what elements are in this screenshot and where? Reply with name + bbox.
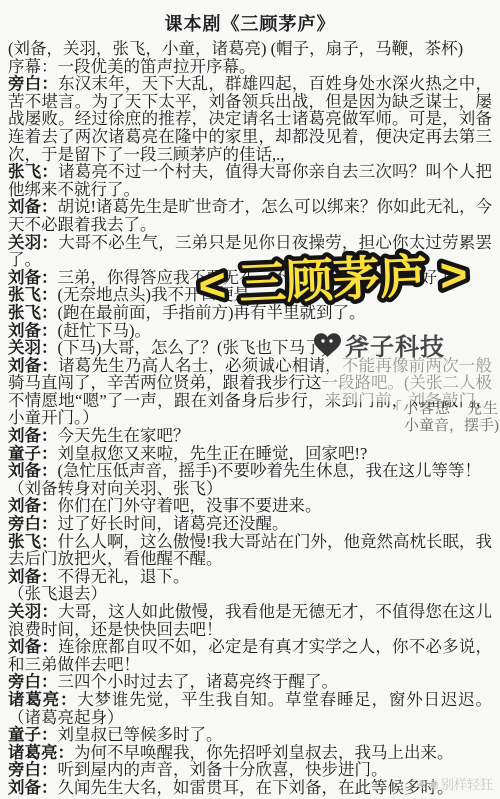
speaker-label: 刘备： <box>8 197 58 216</box>
script-line: 旁白：东汉末年，天下大乱，群雄四起，百姓身处水深火热之中，苦不堪言。为了天下太平… <box>8 75 492 163</box>
script-line: 诸葛亮：为何不早唤醒我，你先招呼刘皇叔去，我马上出来。 <box>8 744 492 762</box>
script-line: (刘备，关羽，张飞，小童，诸葛亮) (帽子，扇子，马鞭，茶杯) <box>8 40 492 58</box>
dialogue-text: (赶忙下马)。 <box>58 321 152 340</box>
dialogue-text: 过了好长时间，诸葛亮还没醒。 <box>58 514 289 533</box>
script-line: 刘备：你们在门外守着吧，没事不要进来。 <box>8 497 492 515</box>
dialogue-text: 听到屋内的声音，刘备十分欣喜，快步进门。 <box>58 760 388 779</box>
scanned-script-page: 课本剧《三顾茅庐》 (刘备，关羽，张飞，小童，诸葛亮) (帽子，扇子，马鞭，茶杯… <box>0 0 500 799</box>
speaker-label: 童子： <box>8 725 58 744</box>
speaker-label: 刘备： <box>8 426 58 445</box>
dialogue-text: 大哥不必生气，三弟只是见你日夜操劳，担心你太过劳累罢了。 <box>8 233 492 270</box>
script-line: 关羽：大哥不必生气，三弟只是见你日夜操劳，担心你太过劳累罢了。 <box>8 234 492 269</box>
dialogue-text: (急忙压低声音，摇手)不要吵着先生休息，我在这儿等等！ <box>58 461 482 480</box>
speaker-label: 旁白： <box>8 74 58 93</box>
speaker-label: 诸葛亮： <box>8 743 74 762</box>
dialogue-text: 为何不早唤醒我，你先招呼刘皇叔去，我马上出来。 <box>74 743 454 762</box>
speaker-label: 旁白： <box>8 672 58 691</box>
dialogue-text: 东汉末年，天下大乱，群雄四起，百姓身处水深火热之中，苦不堪言。为了天下太平，刘备… <box>8 74 492 163</box>
dialogue-text: (跑在最前面，手指前方)再有半里就到了。 <box>58 303 366 322</box>
speaker-label: 关羽： <box>8 233 58 252</box>
speaker-label: 刘备： <box>8 461 58 480</box>
script-line: 刘备：(急忙压低声音，摇手)不要吵着先生休息，我在这儿等等！ <box>8 462 492 480</box>
dialogue-text: 大哥，这人如此傲慢，我看他是无德无才，不值得您在这儿浪费时间，还是快快回去吧！ <box>8 602 492 639</box>
dialogue-text: 三弟，你得答应我不要无礼，不然就不带你一起去好了。 <box>58 268 471 287</box>
dialogue-text: 连徐庶都自叹不如，必定是有真才实学之人，你不必多说，和三弟做伴去吧！ <box>8 637 492 674</box>
dialogue-text: （刘备转身对向关羽、张飞） <box>8 479 223 498</box>
script-line: 张飞：(跑在最前面，手指前方)再有半里就到了。 <box>8 304 492 322</box>
script-line: 刘备：诸葛先生乃高人名士，必须诚心相请，不能再像前两次一般骑马直闯了，辛苦两位贤… <box>8 357 492 427</box>
script-line: 刘备：不得无礼，退下。 <box>8 568 492 586</box>
speaker-label: 张飞： <box>8 532 58 551</box>
dialogue-text: 刘皇叔您又来啦，先生正在睡觉，回家吧!? <box>58 444 368 463</box>
dialogue-text: 诸葛先生乃高人名士，必须诚心相请，不能再像前两次一般骑马直闯了，辛苦两位贤弟，跟… <box>8 356 492 428</box>
speaker-label: 童子： <box>8 444 58 463</box>
page-title: 课本剧《三顾茅庐》 <box>8 10 492 36</box>
dialogue-text: 不得无礼，退下。 <box>58 567 190 586</box>
dialogue-text: 久闻先生大名，如雷贯耳，在下刘备，在此等候多时。 <box>58 778 454 797</box>
dialogue-text: 胡说!诸葛先生是旷世奇才，怎么可以绑来？你如此无礼，今天不必跟着我去了。 <box>8 197 492 234</box>
script-line: （张飞退去） <box>8 585 492 603</box>
dialogue-text: （张飞退去） <box>8 584 107 603</box>
dialogue-text: (刘备，关羽，张飞，小童，诸葛亮) (帽子，扇子，马鞭，茶杯) <box>8 39 463 58</box>
script-line: 刘备：三弟，你得答应我不要无礼，不然就不带你一起去好了。 <box>8 269 492 287</box>
script-line: 旁白：听到屋内的声音，刘备十分欣喜，快步进门。 <box>8 761 492 779</box>
script-line: （刘备转身对向关羽、张飞） <box>8 480 492 498</box>
script-line: 诸葛亮：大梦谁先觉，平生我自知。草堂春睡足，窗外日迟迟。（诸葛亮起身） <box>8 691 492 726</box>
speaker-label: 关羽： <box>8 602 58 621</box>
script-line: 刘备：连徐庶都自叹不如，必定是有真才实学之人，你不必多说，和三弟做伴去吧！ <box>8 638 492 673</box>
dialogue-text: 大梦谁先觉，平生我自知。草堂春睡足，窗外日迟迟。（诸葛亮起身） <box>8 690 492 727</box>
speaker-label: 刘备： <box>8 268 58 287</box>
script-line: 童子：刘皇叔您又来啦，先生正在睡觉，回家吧!? <box>8 445 492 463</box>
speaker-label: 刘备： <box>8 356 58 375</box>
dialogue-text: 你们在门外守着吧，没事不要进来。 <box>58 496 322 515</box>
speaker-label: 刘备： <box>8 321 58 340</box>
speaker-label: 诸葛亮： <box>8 690 77 709</box>
dialogue-text: (下马)大哥，怎么了？(张飞也下马了) <box>58 338 327 357</box>
speaker-label: 张飞： <box>8 162 58 181</box>
script-line: 刘备：今天先生在家吧？ <box>8 427 492 445</box>
script-line: 童子：刘皇叔已等候多时了。 <box>8 726 492 744</box>
script-line: 关羽：(下马)大哥，怎么了？(张飞也下马了) <box>8 339 492 357</box>
script-line: 关羽：大哥，这人如此傲慢，我看他是无德无才，不值得您在这儿浪费时间，还是快快回去… <box>8 603 492 638</box>
script-line: 旁白：过了好长时间，诸葛亮还没醒。 <box>8 515 492 533</box>
dialogue-text: 什么人啊，这么傲慢!我大哥站在门外，他竟然高枕长眠，我去后门放把火，看他醒不醒。 <box>8 532 492 569</box>
script-line: 张飞：(无奈地点头)我不开口便是。 <box>8 286 492 304</box>
speaker-label: 张飞： <box>8 303 58 322</box>
dialogue-text: 三四个小时过去了，诸葛亮终于醒了。 <box>58 672 339 691</box>
dialogue-text: 诸葛亮不过一个村夫，值得大哥你亲自去三次吗？叫个人把他绑来不就行了。 <box>8 162 492 199</box>
dialogue-text: 今天先生在家吧？ <box>58 426 190 445</box>
dialogue-text: (无奈地点头)我不开口便是。 <box>58 285 267 304</box>
speaker-label: 刘备： <box>8 778 58 797</box>
speaker-label: 旁白： <box>8 760 58 779</box>
dialogue-text: 序幕：一段优美的笛声拉开序幕。 <box>8 57 256 76</box>
script-line: 刘备：胡说!诸葛先生是旷世奇才，怎么可以绑来？你如此无礼，今天不必跟着我去了。 <box>8 198 492 233</box>
script-body: (刘备，关羽，张飞，小童，诸葛亮) (帽子，扇子，马鞭，茶杯) 序幕：一段优美的… <box>8 40 492 797</box>
speaker-label: 刘备： <box>8 567 58 586</box>
script-line: 张飞：诸葛亮不过一个村夫，值得大哥你亲自去三次吗？叫个人把他绑来不就行了。 <box>8 163 492 198</box>
speaker-label: 刘备： <box>8 496 58 515</box>
script-line: 序幕：一段优美的笛声拉开序幕。 <box>8 58 492 76</box>
script-line: 刘备：(赶忙下马)。 <box>8 322 492 340</box>
speaker-label: 旁白： <box>8 514 58 533</box>
speaker-label: 关羽： <box>8 338 58 357</box>
speaker-label: 张飞： <box>8 285 58 304</box>
dialogue-text: 刘皇叔已等候多时了。 <box>58 725 223 744</box>
script-line: 旁白：三四个小时过去了，诸葛亮终于醒了。 <box>8 673 492 691</box>
document-content: 课本剧《三顾茅庐》 (刘备，关羽，张飞，小童，诸葛亮) (帽子，扇子，马鞭，茶杯… <box>0 0 500 797</box>
speaker-label: 刘备： <box>8 637 58 656</box>
script-line: 张飞：什么人啊，这么傲慢!我大哥站在门外，他竟然高枕长眠，我去后门放把火，看他醒… <box>8 533 492 568</box>
script-line: 刘备：久闻先生大名，如雷贯耳，在下刘备，在此等候多时。 <box>8 779 492 797</box>
